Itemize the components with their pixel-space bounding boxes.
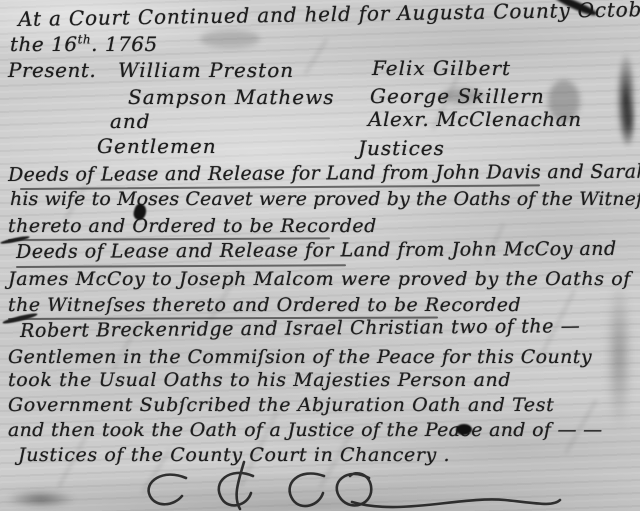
justice-name-george-skillern: George Skillern — [370, 85, 545, 108]
entry-justices-oath-line: and then took the Oath of a Justice of t… — [8, 420, 602, 442]
justice-name-alex-mcclenachan: Alexr. McClenachan — [368, 108, 582, 131]
present-justices-label: Justices — [358, 137, 445, 160]
entry-davis-deed-line: Deeds of Lease and Release for Land from… — [8, 162, 640, 187]
entry-justices-oath-line: took the Usual Oaths to his Majesties Pe… — [8, 370, 511, 392]
pen-flourish — [0, 452, 640, 511]
ink-smudge-right-edge — [621, 96, 636, 148]
present-gentlemen-label: Gentlemen — [97, 135, 217, 158]
heading-line: At a Court Continued and held for August… — [18, 0, 640, 31]
justice-name-william-preston: William Preston — [118, 59, 294, 82]
date-ordinal-suffix: th — [78, 32, 92, 46]
entry-mccoy-deed-line: the Witneſses thereto and Ordered to be … — [8, 295, 521, 317]
entry-davis-deed-line: his wife to Moses Ceavet were proved by … — [10, 189, 640, 211]
entry-mccoy-deed-line: Deeds of Lease and Release for Land from… — [16, 239, 617, 264]
ink-smudge-right-edge — [606, 280, 632, 430]
heading-date: the 16th. 1765 — [10, 33, 158, 56]
date-year: . 1765 — [91, 32, 158, 56]
manuscript-page-scan: At a Court Continued and held for August… — [0, 0, 640, 511]
date-day: the 16 — [10, 32, 78, 56]
entry-justices-oath-line: Gentlemen in the Commiſsion of the Peace… — [8, 347, 592, 369]
justice-name-felix-gilbert: Felix Gilbert — [372, 57, 511, 80]
entry-justices-oath-line: Robert Breckenridge and Israel Christian… — [20, 316, 580, 343]
entry-davis-deed-line: thereto and Ordered to be Recorded — [8, 216, 377, 238]
present-conjunction: and — [110, 110, 151, 133]
entry-justices-oath-line: Government Subſcribed the Abjuration Oat… — [8, 395, 554, 417]
present-label: Present. — [8, 59, 96, 82]
ink-blot — [456, 424, 472, 435]
entry-mccoy-deed-line: James McCoy to Joseph Malcom were proved… — [8, 269, 631, 291]
justice-name-sampson-mathews: Sampson Mathews — [128, 86, 334, 109]
ink-layer: At a Court Continued and held for August… — [0, 0, 640, 511]
